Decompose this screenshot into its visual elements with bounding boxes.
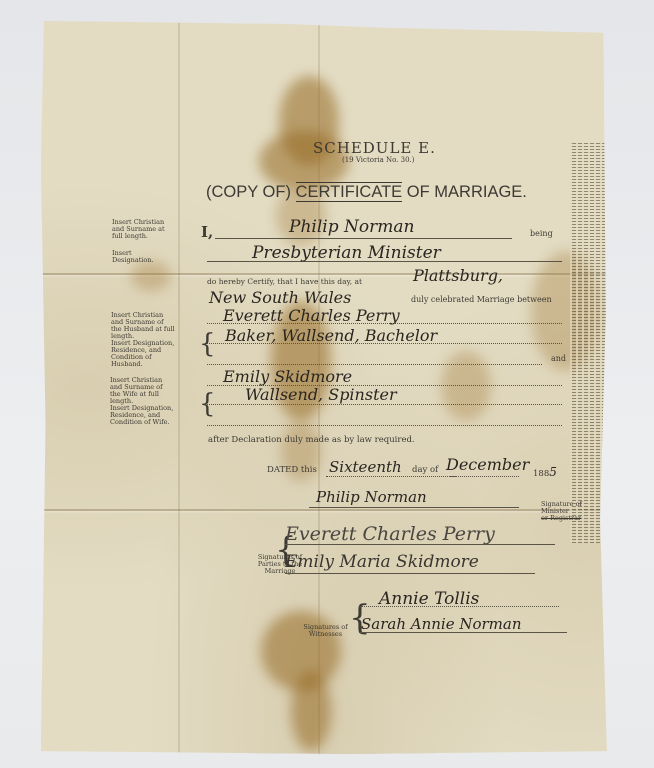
wife-name: Emily Skidmore: [223, 367, 352, 386]
year-digit: 5: [549, 465, 557, 479]
schedule-heading: SCHEDULE E.: [313, 139, 436, 157]
certificate-paper: SCHEDULE E. (19 Victoria No. 30.) (COPY …: [41, 21, 608, 754]
printed-i: I,: [201, 223, 213, 241]
printed-dated-this: DATED this: [267, 465, 317, 475]
printed-day-of: day of: [412, 465, 438, 475]
label-husband-details: Insert Designation, Residence, and Condi…: [111, 340, 176, 368]
husband-details: Baker, Wallsend, Bachelor: [225, 326, 437, 345]
title-prefix: (COPY OF): [206, 183, 291, 201]
printed-celebrated: duly celebrated Marriage between: [411, 295, 552, 304]
signature-of-minister-label: Signature of Minister or Registrar: [541, 501, 591, 522]
title-suffix: OF MARRIAGE.: [407, 183, 527, 201]
act-reference: (19 Victoria No. 30.): [342, 156, 415, 164]
water-stain: [291, 671, 331, 751]
witness2-signature: Sarah Annie Norman: [361, 615, 522, 633]
fold-line: [41, 273, 608, 275]
decorative-border: [570, 143, 606, 543]
fold-line: [178, 21, 180, 754]
wife-details-line-2: [207, 425, 562, 426]
label-minister-designation: Insert Designation.: [112, 250, 172, 264]
label-wife-details: Insert Designation, Residence, and Condi…: [110, 405, 175, 426]
year-printed: 188: [533, 469, 549, 479]
month-line: [449, 476, 519, 477]
label-husband-name: Insert Christian and Surname of the Husb…: [111, 312, 176, 340]
title-main: CERTIFICATE: [296, 182, 403, 202]
minister-signature: Philip Norman: [316, 488, 427, 506]
wife-signature-line: [285, 573, 535, 574]
printed-certify: do hereby Certify, that I have this day,…: [207, 277, 362, 286]
husband-name: Everett Charles Perry: [223, 306, 400, 325]
day-value: Sixteenth: [329, 458, 402, 476]
year-prefix: 1885: [533, 465, 557, 479]
registrar-struck: or Registrar: [541, 514, 581, 522]
minister-signature-line: [309, 507, 519, 508]
label-minister-name: Insert Christian and Surname at full len…: [112, 219, 172, 240]
witness2-line: [359, 632, 567, 633]
minister-designation: Presbyterian Minister: [252, 243, 441, 263]
minister-name: Philip Norman: [289, 217, 414, 237]
printed-and: and: [551, 354, 566, 363]
place-line2: New South Wales: [209, 288, 351, 307]
minister-name-line: [215, 238, 512, 239]
fold-line: [41, 509, 608, 511]
water-stain: [441, 351, 491, 421]
printed-declaration: after Declaration duly made as by law re…: [208, 435, 415, 445]
wife-details-line: [207, 404, 562, 405]
wife-signature: Emily Maria Skidmore: [285, 552, 479, 572]
witness1-line: [359, 606, 559, 607]
husband-signature-line: [285, 544, 555, 545]
place-line1: Plattsburg,: [413, 266, 503, 285]
label-wife-name: Insert Christian and Surname of the Wife…: [110, 377, 175, 405]
husband-details-line-2: [207, 364, 542, 365]
water-stain: [131, 261, 171, 291]
wife-details: Wallsend, Spinster: [245, 385, 397, 404]
label-witnesses-signatures: Signatures of Witnesses: [303, 624, 348, 638]
month-value: December: [446, 455, 529, 474]
husband-signature: Everett Charles Perry: [285, 523, 495, 545]
day-line: [326, 476, 456, 477]
certificate-title: (COPY OF) CERTIFICATE OF MARRIAGE.: [206, 183, 527, 202]
printed-being: being: [530, 229, 553, 238]
brace: {: [199, 329, 216, 359]
